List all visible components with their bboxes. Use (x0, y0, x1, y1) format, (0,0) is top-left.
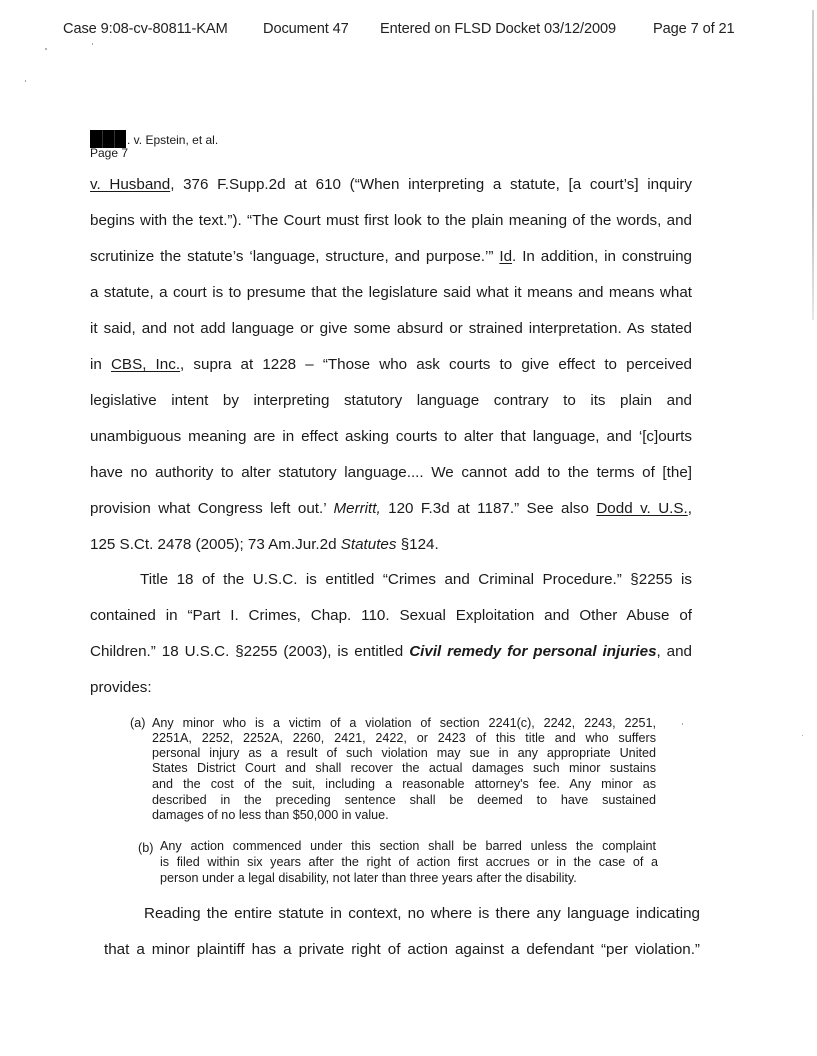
quote-line: personal injury as a result of such viol… (152, 746, 656, 761)
quote-line: Any minor who is a victim of a violation… (152, 716, 656, 731)
body-line: begins with the text.”). “The Court must… (90, 212, 692, 230)
quote-line: 2251A, 2252, 2252A, 2260, 2421, 2422, or… (152, 731, 656, 746)
body-line: provision what Congress left out.’ Merri… (90, 500, 692, 518)
line-text: provision what Congress left out.’ (90, 500, 333, 517)
document-page: Case 9:08-cv-80811-KAM Document 47 Enter… (0, 0, 817, 1056)
body-line: unambiguous meaning are in effect asking… (90, 428, 692, 446)
line-text: . In addition, in construing (512, 248, 692, 265)
document-number: Document 47 (263, 21, 349, 37)
quote-line: is filed within six years after the righ… (160, 855, 658, 870)
body-line: provides: (90, 679, 152, 697)
scan-speck (92, 43, 93, 45)
caption-page-number: Page 7 (90, 146, 128, 160)
line-text: in (90, 356, 111, 373)
quote-line: and the cost of the suit, including a re… (152, 777, 656, 792)
quote-line: States District Court and shall recover … (152, 761, 656, 776)
body-line: Reading the entire statute in context, n… (144, 905, 700, 923)
body-line: in CBS, Inc., supra at 1228 – “Those who… (90, 356, 692, 374)
body-line: have no authority to alter statutory lan… (90, 464, 692, 482)
page-count: Page 7 of 21 (653, 21, 735, 37)
line-text: , and (657, 643, 692, 660)
case-citation-dodd: Dodd v. U.S. (596, 500, 687, 517)
quote-line: person under a legal disability, not lat… (160, 871, 577, 886)
quote-line: damages of no less than $50,000 in value… (152, 808, 389, 823)
case-citation-husband: v. Husband (90, 176, 170, 193)
case-citation-cbs: CBS, Inc. (111, 356, 180, 373)
quote-line: described in the preceding sentence shal… (152, 793, 656, 808)
statute-title: Civil remedy for personal injuries (409, 643, 656, 660)
line-text: §124. (396, 536, 438, 553)
body-line: 125 S.Ct. 2478 (2005); 73 Am.Jur.2d Stat… (90, 536, 439, 554)
line-text: , (688, 500, 692, 517)
line-text: 120 F.3d at 1187.” See also (381, 500, 597, 517)
body-line: legislative intent by interpreting statu… (90, 392, 692, 410)
scan-speck (25, 80, 26, 82)
quote-line: Any action commenced under this section … (160, 839, 656, 854)
line-text: 125 S.Ct. 2478 (2005); 73 Am.Jur.2d (90, 536, 341, 553)
quote-label-a: (a) (130, 716, 145, 731)
entered-date: Entered on FLSD Docket 03/12/2009 (380, 21, 616, 37)
body-line: a statute, a court is to presume that th… (90, 284, 692, 302)
body-line: that a minor plaintiff has a private rig… (104, 941, 700, 959)
case-citation-merritt: Merritt, (333, 500, 380, 517)
quote-label-b: (b) (138, 841, 153, 856)
body-line: contained in “Part I. Crimes, Chap. 110.… (90, 607, 692, 625)
citation-id: Id (499, 248, 512, 265)
case-caption: . v. Epstein, et al. (127, 133, 218, 147)
body-line: v. Husband, 376 F.Supp.2d at 610 (“When … (90, 176, 692, 194)
body-line: Children.” 18 U.S.C. §2255 (2003), is en… (90, 643, 692, 661)
statutes-reference: Statutes (341, 536, 397, 553)
body-line: Title 18 of the U.S.C. is entitled “Crim… (140, 571, 692, 589)
body-line: it said, and not add language or give so… (90, 320, 692, 338)
line-text: , 376 F.Supp.2d at 610 (“When interpreti… (170, 176, 692, 193)
scan-speck (682, 723, 683, 725)
scan-speck (802, 735, 803, 736)
scan-edge-line (812, 10, 814, 320)
body-line: scrutinize the statute’s ‘language, stru… (90, 248, 692, 266)
line-text: Children.” 18 U.S.C. §2255 (2003), is en… (90, 643, 409, 660)
line-text: , supra at 1228 – “Those who ask courts … (180, 356, 692, 373)
case-number: Case 9:08-cv-80811-KAM (63, 21, 228, 37)
line-text: scrutinize the statute’s ‘language, stru… (90, 248, 499, 265)
scan-speck (45, 48, 47, 50)
